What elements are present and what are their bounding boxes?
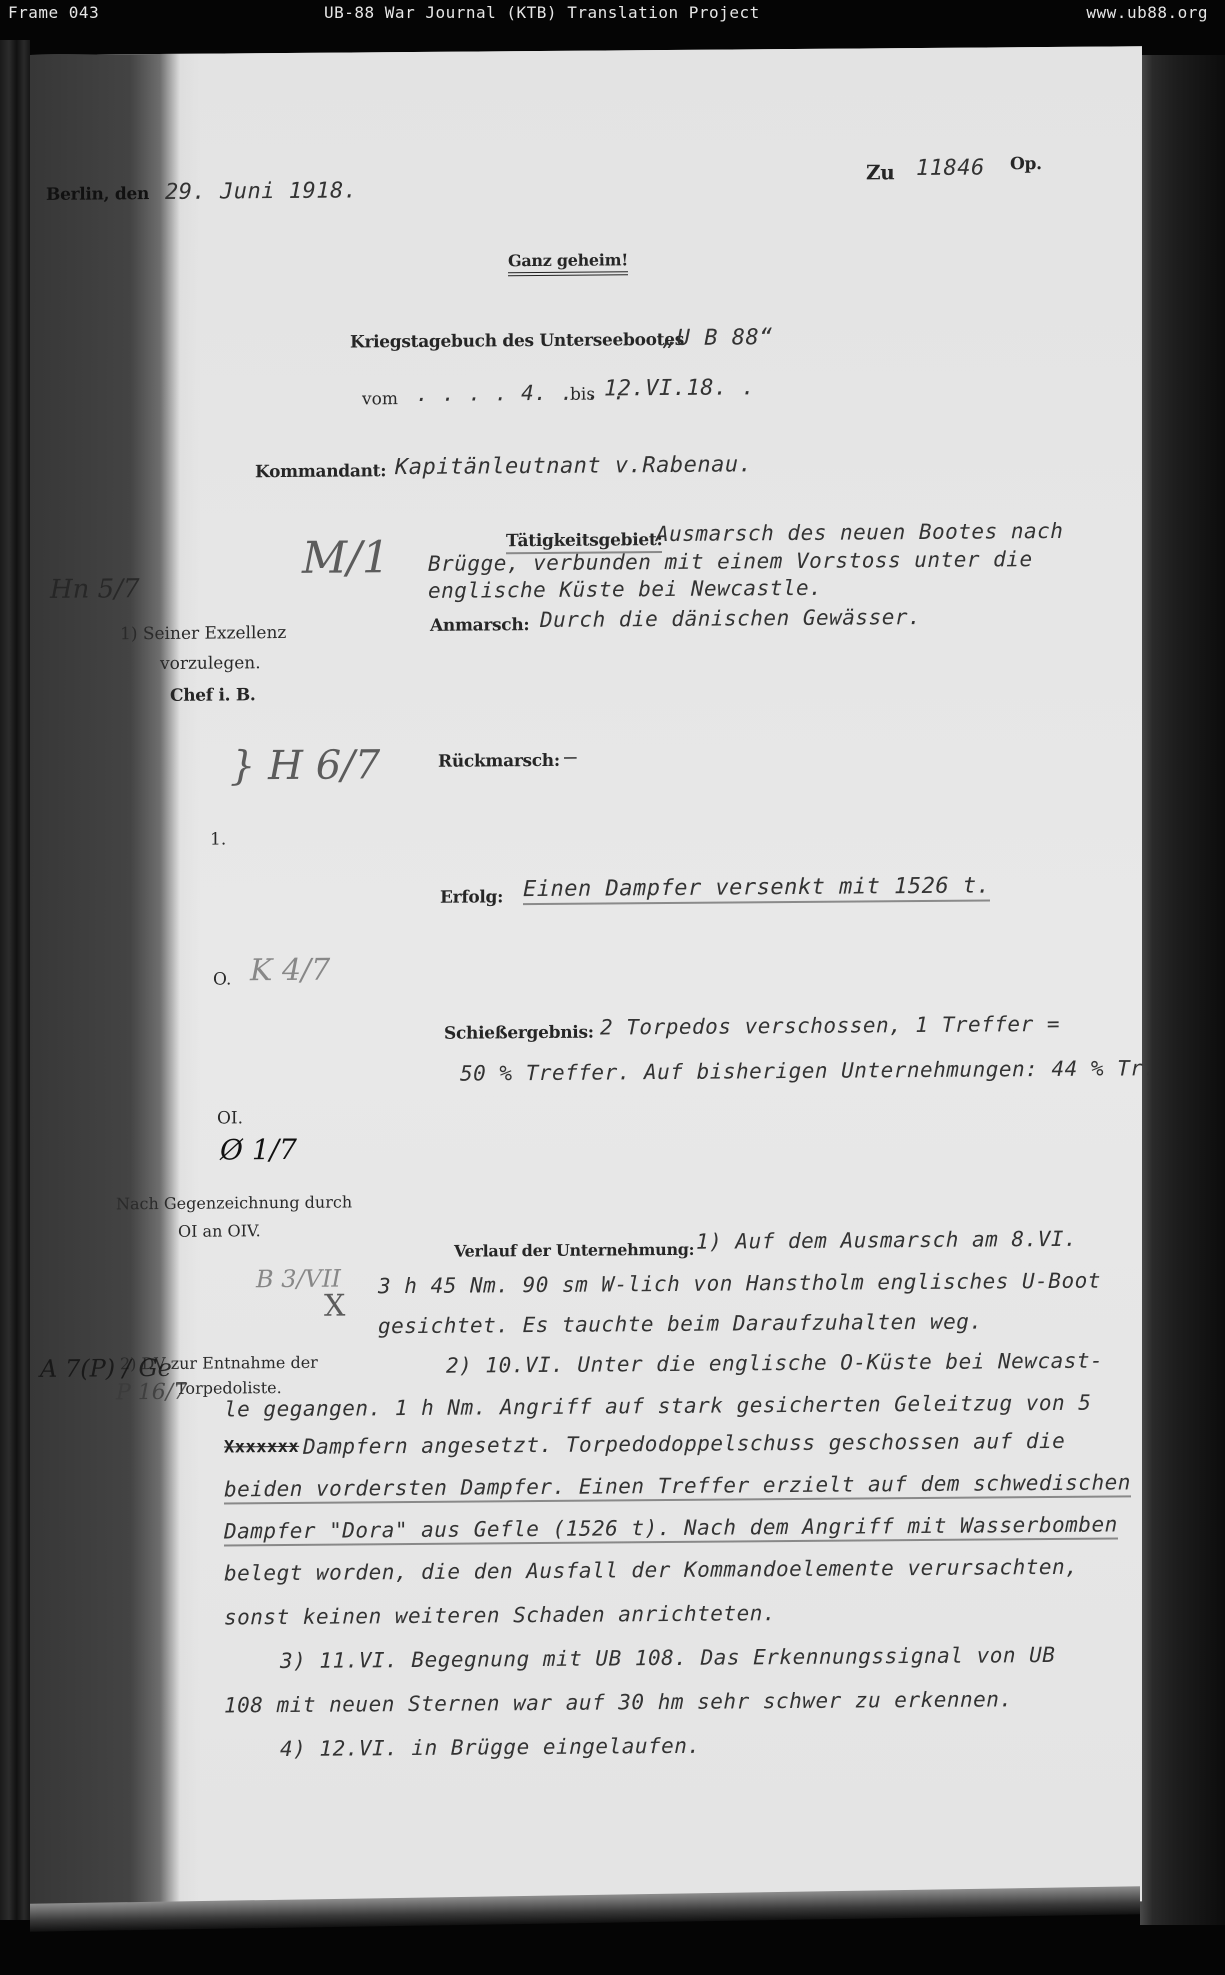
routing-line-1: Nach Gegenzeichnung durch [116,1192,352,1213]
margin-note-2-line-2: Torpedoliste. [176,1378,282,1398]
reference-prefix: Zu [866,160,895,184]
activity-line-2: Brügge, verbunden mit einem Vorstoss unt… [428,547,1033,576]
chef-label: Chef i. B. [170,685,256,706]
course-line-9: belegt worden, die den Ausfall der Komma… [224,1555,1078,1586]
course-line-10: sonst keinen weiteren Schaden anrichtete… [224,1601,776,1629]
commander-label: Kommandant: [255,461,386,482]
course-label: Verlauf der Unternehmung: [454,1240,694,1261]
course-line-5: le gegangen. 1 h Nm. Angriff auf stark g… [224,1391,1091,1422]
handwritten-left-bottom: A 7(P) / Ge [40,1354,172,1383]
film-edge-right [1140,55,1225,1925]
success-label: Erfolg: [440,887,503,907]
handwritten-initials-1: M/1 [302,532,390,584]
course-line-8: Dampfer "Dora" aus Gefle (1526 t). Nach … [224,1512,1118,1546]
course-line-12: 108 mit neuen Sternen war auf 30 hm sehr… [224,1687,1013,1717]
handwritten-top-left: Hn 5/7 [50,574,140,605]
classification-stamp: Ganz geheim! [508,250,628,276]
struck-word: Xxxxxxx [224,1437,299,1458]
routing-line-2: OI an OIV. [178,1221,261,1241]
period-to: 12.VI.18. . [604,375,755,401]
margin-mark-oi: OI. [217,1108,243,1128]
course-line-11: 3) 11.VI. Begegnung mit UB 108. Das Erke… [280,1643,1055,1673]
firing-line-2: 50 % Treffer. Auf bisherigen Unternehmun… [460,1056,1157,1085]
margin-mark-1: 1. [210,829,226,849]
activity-line-3: englische Küste bei Newcastle. [428,576,822,603]
course-line-2: 3 h 45 Nm. 90 sm W-lich von Hanstholm en… [378,1269,1101,1299]
place-date-label: Berlin, den [46,184,149,205]
margin-mark-o: O. [213,969,231,989]
course-line-13: 4) 12.VI. in Brügge eingelaufen. [280,1734,701,1761]
outbound-route: Durch die dänischen Gewässer. [540,605,921,632]
return-label: Rückmarsch: [438,751,560,772]
check-mark-icon: X [324,1289,345,1324]
frame-number: Frame 043 [8,3,99,22]
handwritten-initials-2: } H 6/7 [230,742,380,789]
firing-result-label: Schießergebnis: [444,1023,594,1044]
period-to-label: bis [570,385,595,405]
activity-line-1: Ausmarsch des neuen Bootes nach [656,519,1063,546]
film-edge-left [0,40,30,1920]
handwritten-initials-o: K 4/7 [250,953,330,989]
handwritten-dv-mark: P 16/7 [116,1380,187,1406]
course-line-4: 2) 10.VI. Unter die englische O-Küste be… [446,1349,1103,1378]
document-page: Berlin, den 29. Juni 1918. Zu 11846 Op. … [30,46,1142,1910]
margin-note-1-line-2: vorzulegen. [160,653,261,674]
margin-note-1-line-1: 1) Seiner Exzellenz [120,623,286,644]
course-line-3: gesichtet. Es tauchte beim Daraufzuhalte… [378,1310,983,1339]
boat-name: „U B 88“ [663,325,773,351]
success-text: Einen Dampfer versenkt mit 1526 t. [523,873,990,905]
journal-title-label: Kriegstagebuch des Unterseebootes [350,330,684,353]
firing-line-1: 2 Torpedos verschossen, 1 Treffer = [600,1012,1060,1040]
document-date: 29. Juni 1918. [165,178,357,205]
handwritten-initials-oi: Ø 1/7 [220,1133,297,1167]
course-line-6: Dampfern angesetzt. Torpedodoppelschuss … [303,1429,1065,1459]
reference-number: 11846 [916,156,985,182]
period-from-label: vom [362,389,398,409]
frame-header: Frame 043 UB-88 War Journal (KTB) Transl… [0,0,1225,28]
reference-suffix: Op. [1010,154,1042,174]
commander-name: Kapitänleutnant v.Rabenau. [395,452,752,480]
course-line-1: 1) Auf dem Ausmarsch am 8.VI. [696,1227,1077,1254]
project-title: UB-88 War Journal (KTB) Translation Proj… [324,3,760,22]
return-route: – [564,745,577,769]
outbound-label: Anmarsch: [430,615,529,636]
course-line-7: beiden vordersten Dampfer. Einen Treffer… [224,1470,1131,1504]
website-link[interactable]: www.ub88.org [1086,3,1208,22]
